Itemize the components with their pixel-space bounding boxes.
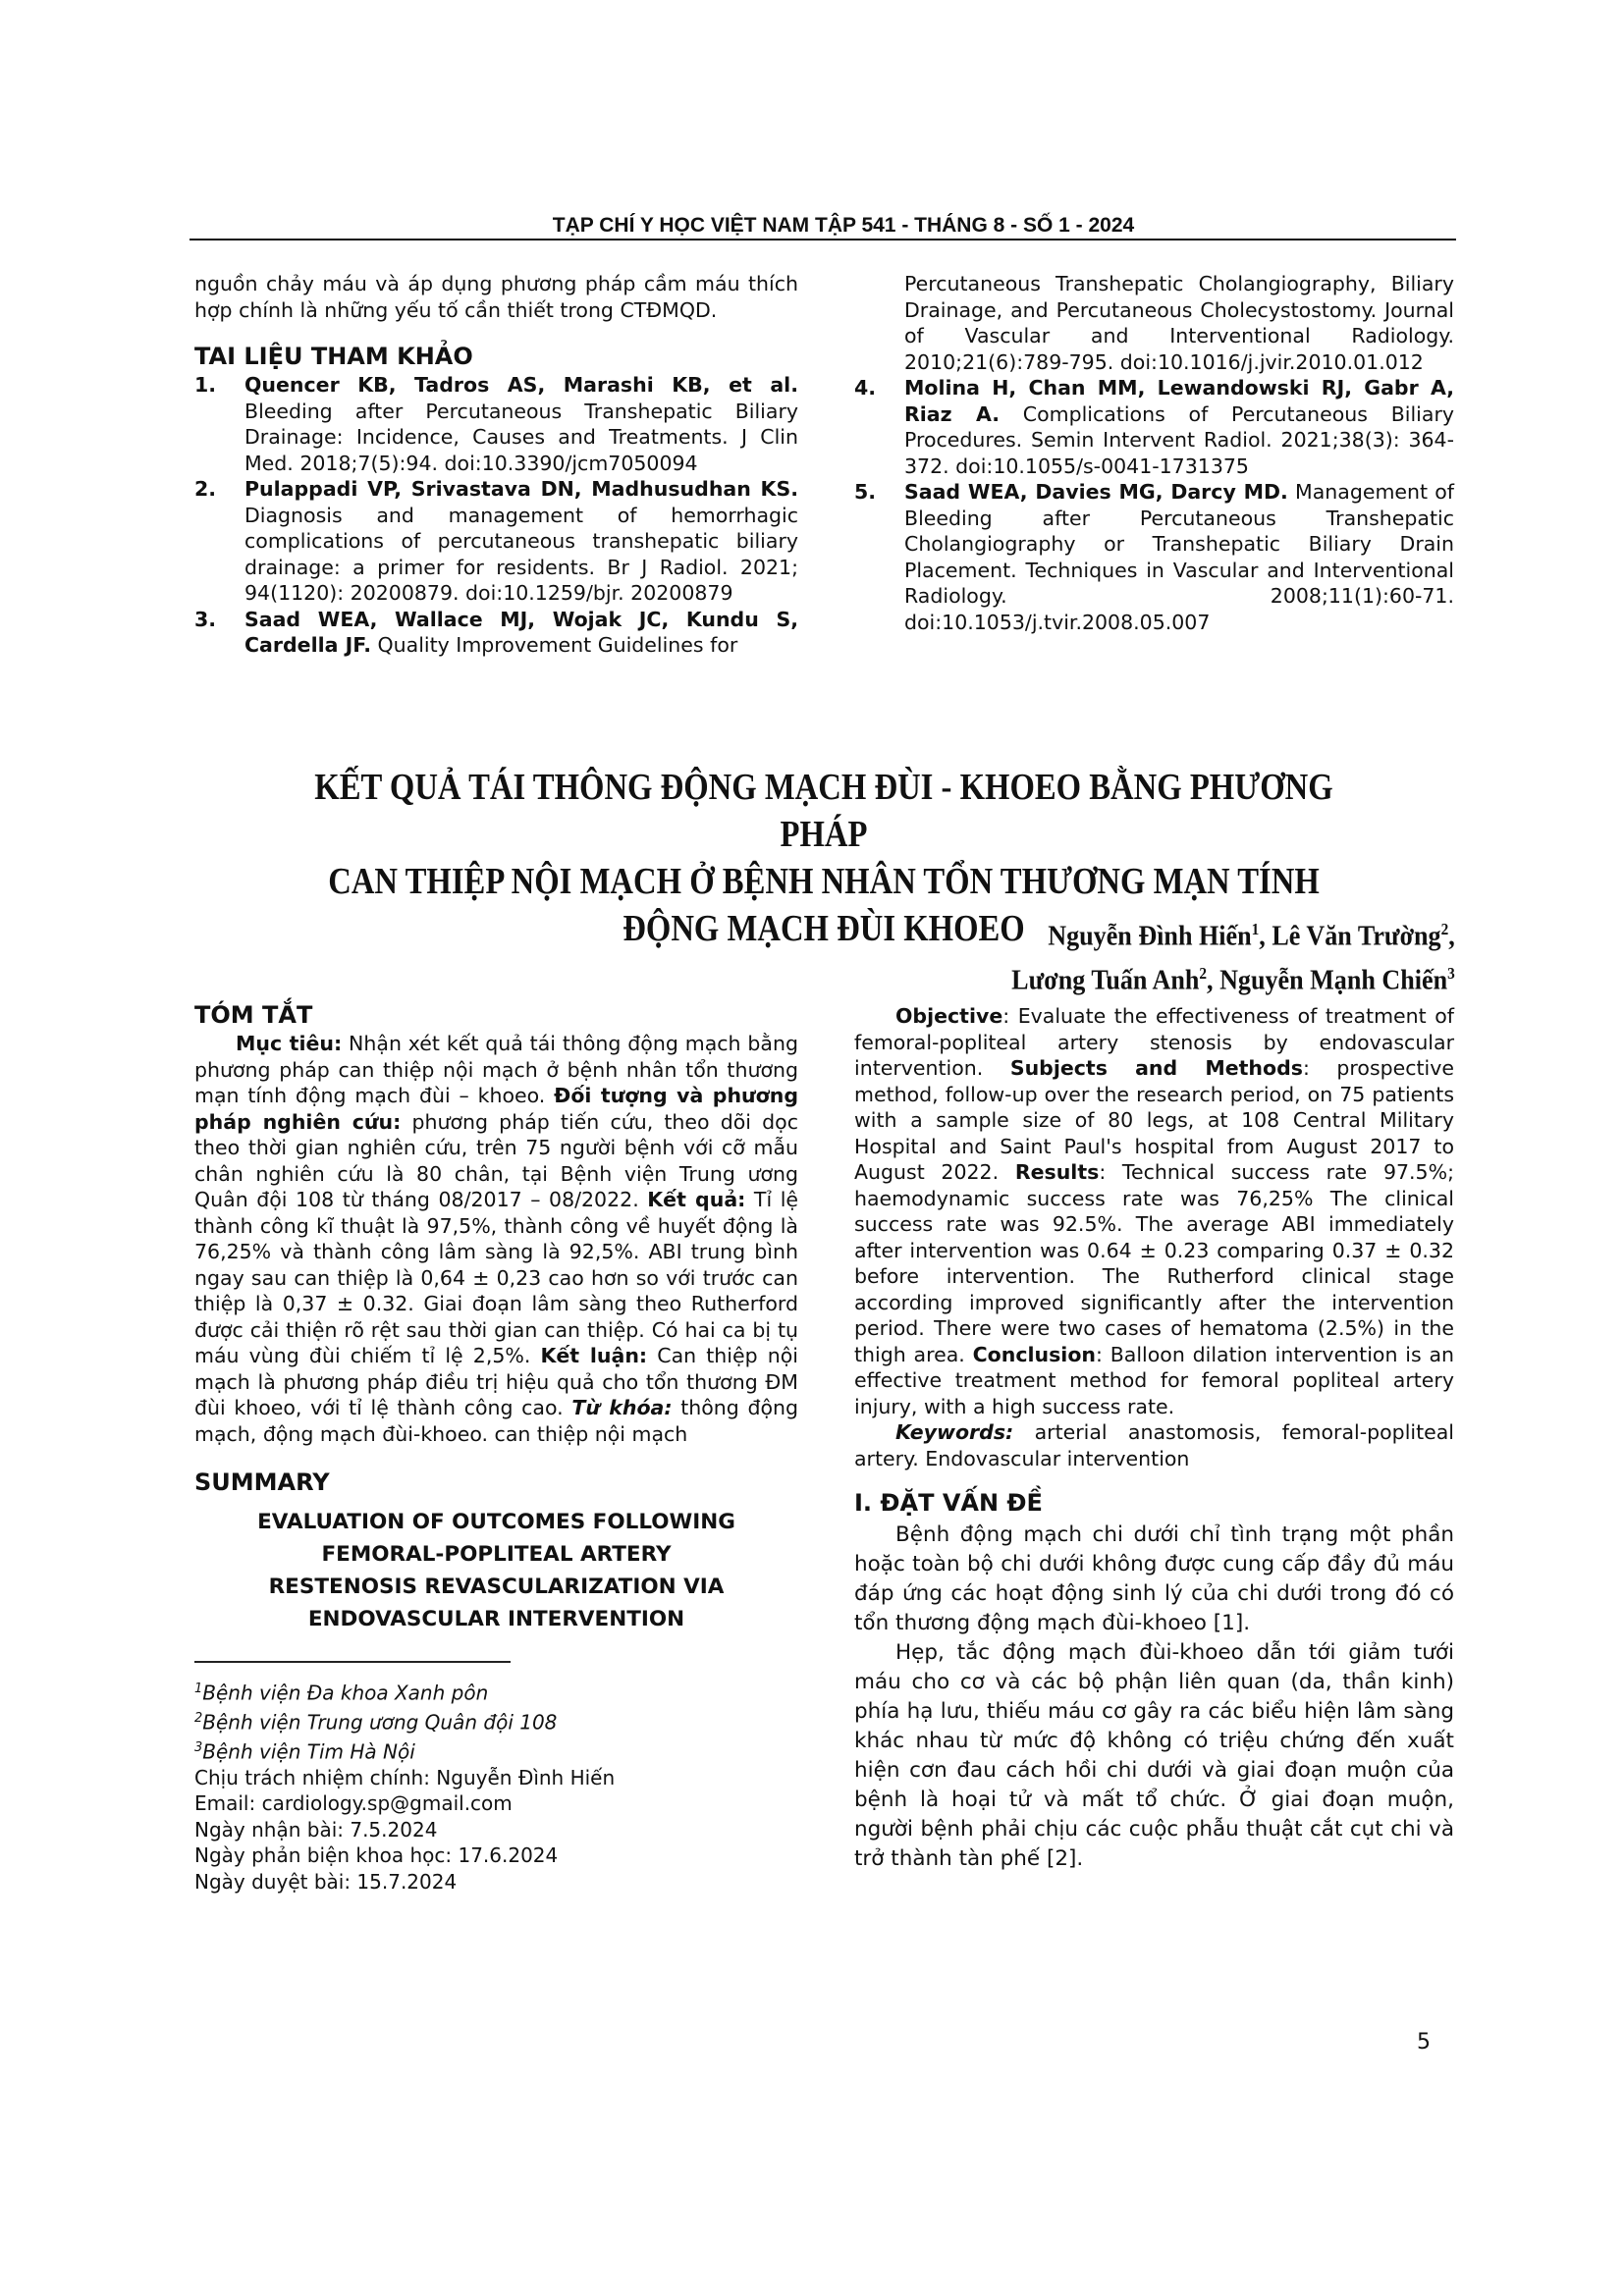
author-separator: , <box>1260 921 1272 952</box>
affiliation-name: Bệnh viện Tim Hà Nội <box>202 1739 414 1763</box>
reference-text: Percutaneous Transhepatic Cholangiograph… <box>904 272 1454 374</box>
article-title-line: CAN THIỆP NỘI MẠCH Ở BỆNH NHÂN TỔN THƯƠN… <box>283 858 1366 905</box>
summary-title-line: EVALUATION OF OUTCOMES FOLLOWING <box>194 1506 798 1538</box>
vi-objective-label: Mục tiêu: <box>236 1032 342 1055</box>
intro-heading: I. ĐẶT VẤN ĐỀ <box>854 1489 1454 1517</box>
summary-heading: SUMMARY <box>194 1468 798 1496</box>
reference-text: Diagnosis and management of hemorrhagic … <box>244 504 798 606</box>
reference-list: 1.Quencer KB, Tadros AS, Marashi KB, et … <box>194 372 798 659</box>
reference-list-continued: Percutaneous Transhepatic Cholangiograph… <box>854 271 1454 635</box>
author-name: Nguyễn Đình Hiến <box>1048 921 1251 952</box>
author-separator: , <box>1207 964 1219 995</box>
author-separator: , <box>1448 921 1455 952</box>
running-head: TẠP CHÍ Y HỌC VIỆT NAM TẬP 541 - THÁNG 8… <box>194 214 1453 238</box>
vi-abstract-body: Mục tiêu: Nhận xét kết quả tái thông độn… <box>194 1031 798 1447</box>
footnotes: 1Bệnh viện Đa khoa Xanh pôn 2Bệnh viện T… <box>194 1677 798 1896</box>
reference-authors: Quencer KB, Tadros AS, Marashi KB, et al… <box>244 373 798 397</box>
reference-number: 1. <box>194 372 216 399</box>
reference-item: 5.Saad WEA, Davies MG, Darcy MD. Managem… <box>854 479 1454 635</box>
summary-english-title: EVALUATION OF OUTCOMES FOLLOWING FEMORAL… <box>194 1506 798 1635</box>
reference-item: 2.Pulappadi VP, Srivastava DN, Madhusudh… <box>194 476 798 607</box>
reference-number: 4. <box>854 375 876 401</box>
reference-text: Bleeding after Percutaneous Transhepatic… <box>244 400 798 475</box>
affiliation-footnote: 3Bệnh viện Tim Hà Nội <box>194 1735 798 1765</box>
affiliation-name: Bệnh viện Trung ương Quân đội 108 <box>202 1710 557 1734</box>
en-objective-label: Objective <box>895 1004 1002 1028</box>
reference-item: 1.Quencer KB, Tadros AS, Marashi KB, et … <box>194 372 798 476</box>
en-results-text: : Technical success rate 97.5%; haemodyn… <box>854 1160 1454 1366</box>
reference-authors: Pulappadi VP, Srivastava DN, Madhusudhan… <box>244 477 798 501</box>
date-received: Ngày nhận bài: 7.5.2024 <box>194 1817 798 1843</box>
reference-authors: Saad WEA, Davies MG, Darcy MD. <box>904 480 1288 504</box>
en-conclusion-label: Conclusion <box>973 1343 1096 1366</box>
vi-results-text: Tỉ lệ thành công kĩ thuật là 97,5%, thàn… <box>194 1188 798 1367</box>
article-title-line: KẾT QUẢ TÁI THÔNG ĐỘNG MẠCH ĐÙI - KHOEO … <box>283 764 1366 858</box>
en-methods-label: Subjects and Methods <box>1010 1056 1303 1080</box>
summary-title-line: RESTENOSIS REVASCULARIZATION VIA <box>194 1571 798 1603</box>
summary-title-line: ENDOVASCULAR INTERVENTION <box>194 1603 798 1635</box>
article-right-column: Objective: Evaluate the effectiveness of… <box>854 1003 1454 1874</box>
prev-article-left-column: nguồn chảy máu và áp dụng phương pháp cầ… <box>194 271 798 659</box>
vi-results-label: Kết quả: <box>647 1188 745 1211</box>
header-rule <box>189 239 1456 240</box>
en-results-label: Results <box>1015 1160 1100 1184</box>
intro-paragraph: Bệnh động mạch chi dưới chỉ tình trạng m… <box>854 1521 1454 1638</box>
corresponding-author: Chịu trách nhiệm chính: Nguyễn Đình Hiến <box>194 1765 798 1791</box>
reference-text: Quality Improvement Guidelines for <box>371 633 737 657</box>
corresponding-email: Email: cardiology.sp@gmail.com <box>194 1790 798 1817</box>
prev-article-right-column: Percutaneous Transhepatic Cholangiograph… <box>854 271 1454 635</box>
intro-paragraph: Hẹp, tắc động mạch đùi-khoeo dẫn tới giả… <box>854 1638 1454 1874</box>
date-reviewed: Ngày phản biện khoa học: 17.6.2024 <box>194 1842 798 1869</box>
affiliation-name: Bệnh viện Đa khoa Xanh pôn <box>202 1681 488 1704</box>
en-abstract-body: Objective: Evaluate the effectiveness of… <box>854 1003 1454 1419</box>
reference-number: 5. <box>854 479 876 506</box>
summary-title-line: FEMORAL-POPLITEAL ARTERY <box>194 1538 798 1571</box>
affiliation-footnote: 2Bệnh viện Trung ương Quân đội 108 <box>194 1706 798 1735</box>
en-keywords: Keywords: arterial anastomosis, femoral-… <box>854 1419 1454 1471</box>
author-name: Lương Tuấn Anh <box>1011 964 1199 995</box>
reference-item-continued: Percutaneous Transhepatic Cholangiograph… <box>854 271 1454 375</box>
en-keywords-label: Keywords: <box>895 1420 1013 1444</box>
vi-keywords-label: Từ khóa: <box>571 1396 672 1419</box>
footnote-divider <box>194 1661 511 1663</box>
date-accepted: Ngày duyệt bài: 15.7.2024 <box>194 1869 798 1896</box>
author-line: Nguyễn Đình Hiến1, Lê Văn Trường2, <box>1011 911 1455 955</box>
prev-article-closing-paragraph: nguồn chảy máu và áp dụng phương pháp cầ… <box>194 271 798 323</box>
author-name: Lê Văn Trường <box>1272 921 1441 952</box>
author-list: Nguyễn Đình Hiến1, Lê Văn Trường2, Lương… <box>1011 911 1455 998</box>
vi-abstract-heading: TÓM TẮT <box>194 1001 798 1029</box>
author-name: Nguyễn Mạnh Chiến <box>1219 964 1447 995</box>
article-left-column: TÓM TẮT Mục tiêu: Nhận xét kết quả tái t… <box>194 1001 798 1895</box>
reference-item: 4.Molina H, Chan MM, Lewandowski RJ, Gab… <box>854 375 1454 479</box>
journal-page: TẠP CHÍ Y HỌC VIỆT NAM TẬP 541 - THÁNG 8… <box>0 0 1624 2296</box>
author-affiliation-mark: 3 <box>1447 964 1455 983</box>
author-line: Lương Tuấn Anh2, Nguyễn Mạnh Chiến3 <box>1011 955 1455 999</box>
page-number: 5 <box>1417 2030 1431 2055</box>
affiliation-footnote: 1Bệnh viện Đa khoa Xanh pôn <box>194 1677 798 1706</box>
reference-number: 2. <box>194 476 216 503</box>
reference-number: 3. <box>194 607 216 633</box>
vi-conclusion-label: Kết luận: <box>541 1344 648 1367</box>
reference-item: 3.Saad WEA, Wallace MJ, Wojak JC, Kundu … <box>194 607 798 659</box>
references-heading: TAI LIỆU THAM KHẢO <box>194 343 798 370</box>
